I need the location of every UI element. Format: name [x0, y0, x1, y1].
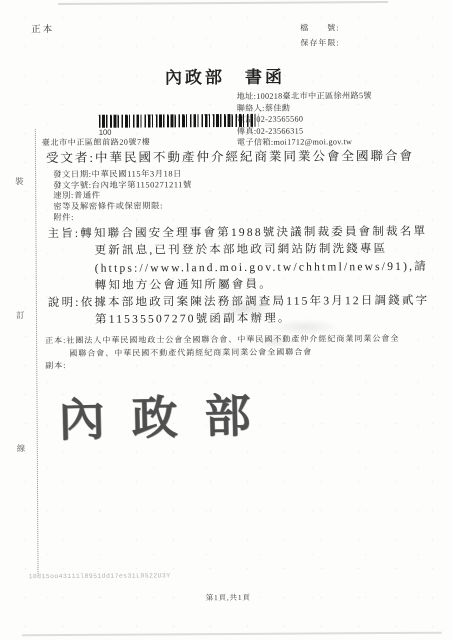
- explanation-text: 依據本部地政司案陳法務部調查局115年3月12日調錢貳字第11535507270…: [81, 295, 430, 326]
- scan-verification-code: 10d15oo43111l8951dd17es31L0522U3Y: [29, 572, 171, 580]
- original-recipients-clause: 正本:社團法人中華民國地政士公會全國聯合會、中華民國不動產仲介經紀商業同業公會全…: [45, 333, 403, 360]
- subject-label: 主旨:: [47, 228, 80, 240]
- security-class-line: 密等及解密條件或保密期限:: [53, 201, 192, 213]
- recipient-zip-code: 100: [99, 128, 112, 137]
- copy-recipients-clause: 副本:: [45, 358, 403, 373]
- document-meta-block: 發文日期:中華民國115年3月18日 發文字號:台內地字第1150271211號…: [53, 169, 192, 223]
- attachment-line: 附件:: [53, 212, 192, 224]
- recipient-line: 受文者:中華民國不動產仲介經紀商業同業公會全國聯合會: [46, 146, 414, 166]
- original-recipients-label: 正本:: [45, 336, 66, 345]
- distribution-block: 正本:社團法人中華民國地政士公會全國聯合會、中華民國不動產仲介經紀商業同業公會全…: [45, 333, 403, 373]
- binding-margin-char: 裝: [15, 175, 24, 187]
- delivery-speed-line: 速別:普通件: [53, 191, 192, 203]
- issue-date-line: 發文日期:中華民國115年3月18日: [53, 169, 192, 181]
- sender-address: 地址:100218臺北市中正區徐州路5號: [237, 90, 372, 102]
- scan-streak-artifact: [58, 1, 388, 5]
- binding-dotted-line: [35, 129, 39, 576]
- copy-type-marker: 正本: [31, 21, 54, 35]
- letter-body: 主旨:轉知聯合國安全理事會第1988號決議制裁委員會制裁名單更新訊息,已刊登於本…: [47, 224, 434, 330]
- document-title: 內政部 書函: [0, 62, 452, 90]
- file-number-label: 檔 號:: [300, 22, 339, 33]
- binding-margin-char: 訂: [16, 309, 25, 321]
- explanation-label: 說明:: [48, 297, 81, 309]
- ministry-seal-stamp: 內政部: [58, 379, 278, 450]
- subject-clause: 主旨:轉知聯合國安全理事會第1988號決議制裁委員會制裁名單更新訊息,已刊登於本…: [47, 224, 433, 296]
- scan-streak-artifact: [22, 632, 442, 637]
- retention-period-label: 保存年限:: [300, 37, 339, 48]
- sender-contact-person: 聯絡人:蔡佳勳: [237, 102, 372, 114]
- subject-text: 轉知聯合國安全理事會第1988號決議制裁委員會制裁名單更新訊息,已刊登於本部地政…: [80, 226, 428, 292]
- scanned-document-page: 正本 檔 號: 保存年限: 內政部 書函 地址:100218臺北市中正區徐州路5…: [0, 0, 453, 640]
- original-recipients-text: 社團法人中華民國地政士公會全國聯合會、中華民國不動產仲介經紀商業同業公會全國聯合…: [66, 334, 399, 358]
- explanation-clause: 說明:依據本部地政司案陳法務部調查局115年3月12日調錢貳字第11535507…: [48, 293, 434, 330]
- scan-content: 正本 檔 號: 保存年限: 內政部 書函 地址:100218臺北市中正區徐州路5…: [0, 0, 453, 640]
- recipient-street-address: 臺北市中正區館前路20號7樓: [42, 136, 150, 148]
- doc-number-line: 發文字號:台內地字第1150271211號: [53, 180, 192, 192]
- copy-recipients-label: 副本:: [45, 361, 66, 370]
- binding-margin-char: 線: [17, 442, 26, 454]
- mailing-barcode: [99, 114, 259, 128]
- page-number: 第1頁,共1頁: [2, 591, 453, 605]
